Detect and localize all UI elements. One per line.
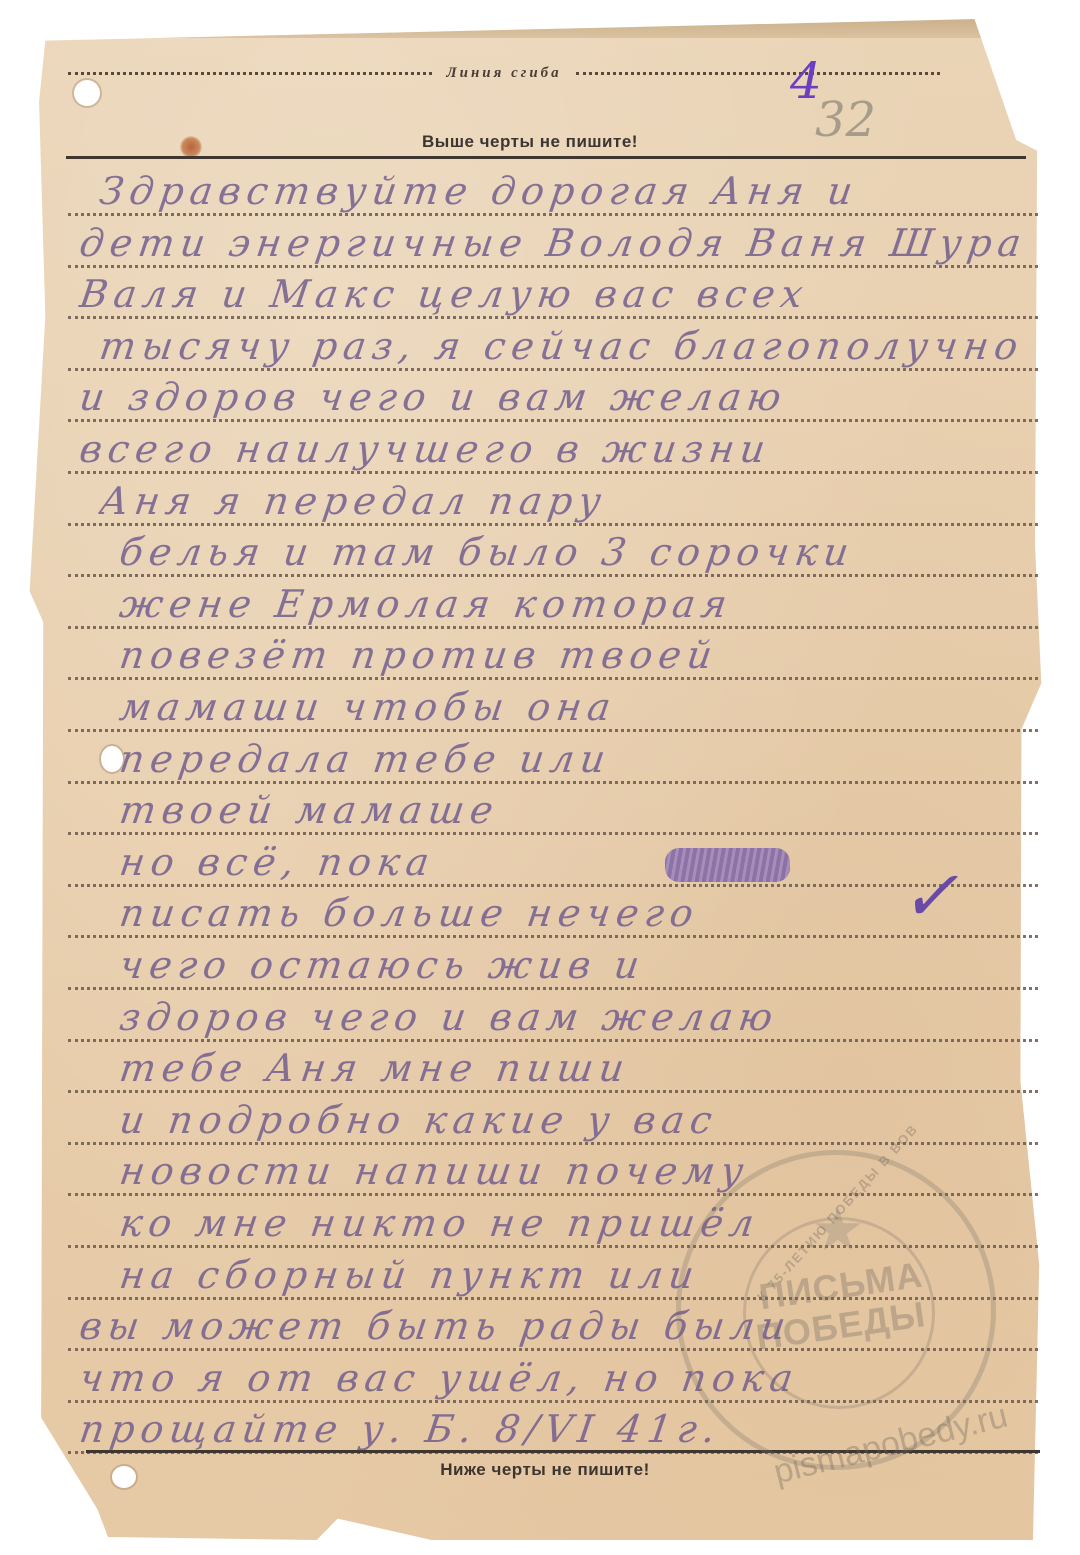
ruled-line — [68, 729, 1038, 732]
ruled-line — [68, 626, 1038, 629]
ruled-line — [68, 368, 1038, 371]
handwritten-line: дети энергичные Володя Ваня Шура — [77, 221, 1043, 265]
handwritten-line: и здоров чего и вам желаю — [77, 375, 1043, 419]
handwritten-line: твоей мамаше — [117, 788, 1043, 832]
archive-number: 32 — [815, 92, 876, 148]
punch-hole — [74, 80, 100, 106]
handwritten-line: жене Ермолая которая — [117, 582, 1043, 626]
ruled-line — [68, 419, 1038, 422]
handwritten-line: белья и там было 3 сорочки — [117, 530, 1043, 574]
handwritten-line: Аня я передал пару — [97, 479, 1043, 523]
ruled-line — [68, 1090, 1038, 1093]
ruled-line — [68, 832, 1038, 835]
top-rule — [66, 156, 1026, 159]
ruled-line — [68, 781, 1038, 784]
ruled-line — [68, 523, 1038, 526]
ruled-line — [68, 574, 1038, 577]
handwritten-line: всего наилучшего в жизни — [77, 427, 1043, 471]
handwritten-line: передала тебе или — [117, 737, 1043, 781]
ruled-line — [68, 935, 1038, 938]
ruled-line — [68, 987, 1038, 990]
handwritten-line: тысячу раз, я сейчас благополучно — [97, 324, 1043, 368]
ruled-line — [68, 265, 1038, 268]
dotted-line — [576, 72, 940, 75]
ruled-line — [68, 884, 1038, 887]
fold-line-label: Линия сгиба — [446, 65, 561, 82]
handwritten-line: чего остаюсь жив и — [117, 943, 1043, 987]
crossed-out-word — [665, 848, 790, 882]
ruled-line — [68, 1039, 1038, 1042]
check-mark: ✓ — [900, 855, 959, 937]
ruled-line — [68, 471, 1038, 474]
handwritten-line: Валя и Макс целую вас всех — [77, 272, 1043, 316]
below-line-note: Ниже черты не пишите! — [10, 1460, 1080, 1480]
handwritten-line: Здравствуйте дорогая Аня и — [97, 169, 1043, 213]
archive-stamp: ★ К 75-ЛЕТИЮ ПОБЕДЫ В ВОВ ПИСЬМА ПОБЕДЫ … — [676, 1150, 996, 1470]
handwritten-line: мамаши чтобы она — [117, 685, 1043, 729]
dotted-line — [68, 72, 432, 75]
ruled-line — [68, 316, 1038, 319]
handwritten-line: тебе Аня мне пиши — [117, 1046, 1043, 1090]
ruled-line — [68, 213, 1038, 216]
handwritten-line: повезёт против твоей — [117, 633, 1043, 677]
above-line-note: Выше черты не пишите! — [0, 132, 1080, 152]
handwritten-line: здоров чего и вам желаю — [117, 995, 1043, 1039]
ruled-line — [68, 677, 1038, 680]
